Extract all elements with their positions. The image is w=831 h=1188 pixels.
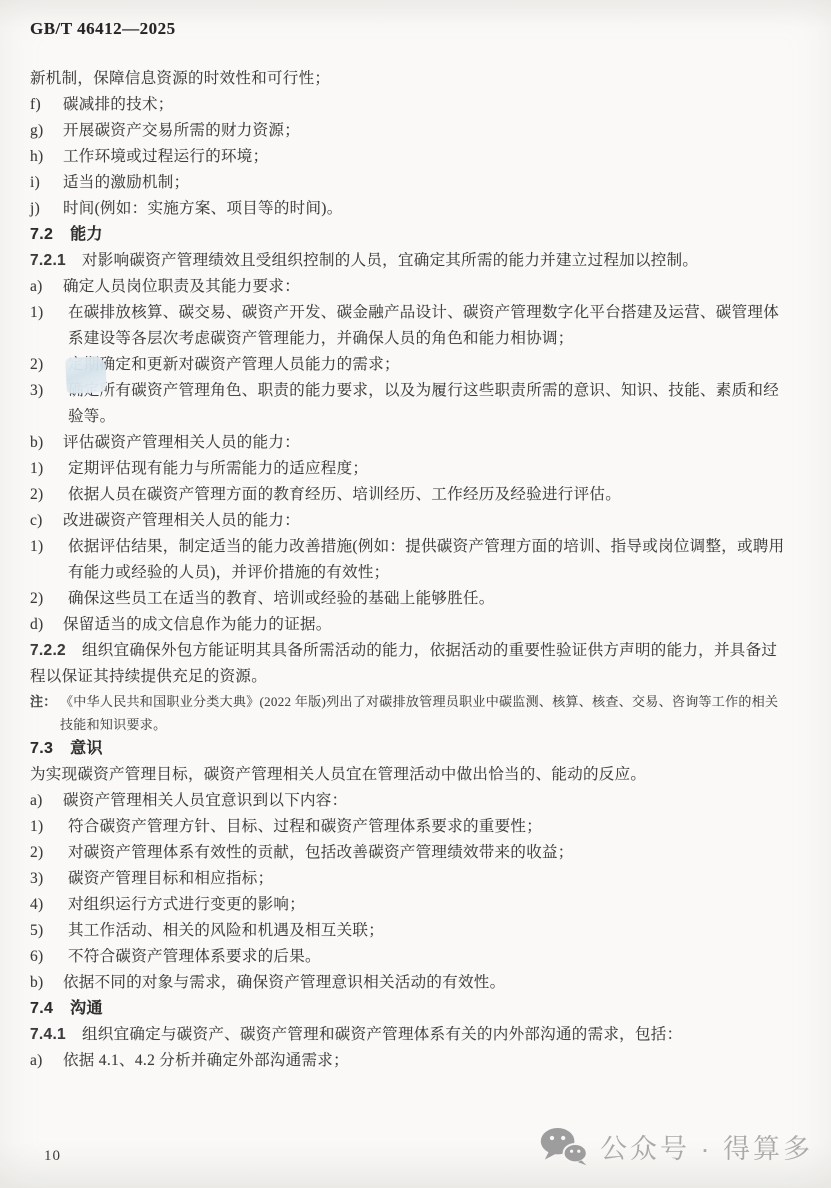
list-item-alpha: a)碳资产管理相关人员宜意识到以下内容： bbox=[30, 788, 791, 814]
line-text: 组织宜确定与碳资产、碳资产管理和碳资产管理体系有关的内外部沟通的需求，包括： bbox=[82, 1026, 682, 1043]
list-marker: 1) bbox=[30, 534, 68, 560]
line-text: 确保这些员工在适当的教育、培训或经验的基础上能够胜任。 bbox=[68, 590, 495, 607]
list-item-alpha: g)开展碳资产交易所需的财力资源； bbox=[30, 118, 791, 144]
line-text: 其工作活动、相关的风险和机遇及相互关联； bbox=[68, 922, 384, 939]
list-marker: g) bbox=[30, 118, 63, 144]
list-marker: d) bbox=[30, 612, 63, 638]
list-item-alpha: c)改进碳资产管理相关人员的能力： bbox=[30, 508, 791, 534]
watermark-text: 公众号 · 得算多 bbox=[600, 1127, 813, 1166]
list-marker: 2) bbox=[30, 352, 68, 378]
list-item-alpha: a)确定人员岗位职责及其能力要求： bbox=[30, 274, 791, 300]
continuation-line: 新机制，保障信息资源的时效性和可行性； bbox=[30, 66, 791, 92]
line-text: 在碳排放核算、碳交易、碳资产开发、碳金融产品设计、碳资产管理数字化平台搭建及运营… bbox=[68, 304, 779, 347]
list-marker: 2) bbox=[30, 586, 68, 612]
line-text: 对组织运行方式进行变更的影响； bbox=[68, 896, 305, 913]
line-text: 时间(例如：实施方案、项目等的时间)。 bbox=[63, 200, 343, 217]
list-marker: 3) bbox=[30, 378, 68, 404]
list-item-num: 2)依据人员在碳资产管理方面的教育经历、培训经历、工作经历及经验进行评估。 bbox=[30, 482, 791, 508]
note: 注：《中华人民共和国职业分类大典》(2022 年版)列出了对碳排放管理员职业中碳… bbox=[30, 690, 791, 736]
line-text: 对碳资产管理体系有效性的贡献，包括改善碳资产管理绩效带来的收益； bbox=[68, 844, 574, 861]
line-text: 确定所有碳资产管理角色、职责的能力要求，以及为履行这些职责所需的意识、知识、技能… bbox=[68, 382, 779, 425]
line-text: 新机制，保障信息资源的时效性和可行性； bbox=[30, 70, 330, 87]
list-marker: c) bbox=[30, 508, 63, 534]
list-item-num: 3)碳资产管理目标和相应指标； bbox=[30, 866, 791, 892]
line-text: 碳资产管理相关人员宜意识到以下内容： bbox=[63, 792, 347, 809]
paragraph-number: 7.4.1 bbox=[30, 1022, 66, 1048]
list-marker: a) bbox=[30, 274, 63, 300]
list-marker: j) bbox=[30, 196, 63, 222]
paragraph: 为实现碳资产管理目标，碳资产管理相关人员宜在管理活动中做出恰当的、能动的反应。 bbox=[30, 762, 791, 788]
list-marker: f) bbox=[30, 92, 63, 118]
list-marker: a) bbox=[30, 1048, 63, 1074]
list-item-alpha: f)碳减排的技术； bbox=[30, 92, 791, 118]
line-text: 依据 4.1、4.2 分析并确定外部沟通需求； bbox=[63, 1052, 349, 1069]
list-item-num: 2)定期确定和更新对碳资产管理人员能力的需求； bbox=[30, 352, 791, 378]
paragraph-number: 7.2.2 bbox=[30, 638, 66, 664]
numbered-paragraph: 7.2.2组织宜确保外包方能证明其具备所需活动的能力，依据活动的重要性验证供方声… bbox=[30, 638, 791, 690]
line-text: 评估碳资产管理相关人员的能力： bbox=[63, 434, 300, 451]
page-number: 10 bbox=[44, 1148, 61, 1165]
list-item-alpha: i)适当的激励机制； bbox=[30, 170, 791, 196]
watermark: 公众号 · 得算多 bbox=[540, 1126, 813, 1166]
list-marker: 6) bbox=[30, 944, 68, 970]
section-heading: 7.3意识 bbox=[30, 736, 791, 762]
list-marker: h) bbox=[30, 144, 63, 170]
section-number: 7.3 bbox=[30, 736, 53, 762]
line-text: 定期确定和更新对碳资产管理人员能力的需求； bbox=[68, 356, 400, 373]
list-marker: 1) bbox=[30, 300, 68, 326]
section-heading: 7.2能力 bbox=[30, 222, 791, 248]
list-item-alpha: j)时间(例如：实施方案、项目等的时间)。 bbox=[30, 196, 791, 222]
list-item-alpha: b)评估碳资产管理相关人员的能力： bbox=[30, 430, 791, 456]
list-marker: 2) bbox=[30, 840, 68, 866]
list-item-num: 1)符合碳资产管理方针、目标、过程和碳资产管理体系要求的重要性； bbox=[30, 814, 791, 840]
line-text: 适当的激励机制； bbox=[63, 174, 189, 191]
line-text: 碳资产管理目标和相应指标； bbox=[68, 870, 273, 887]
list-item-num: 2)对碳资产管理体系有效性的贡献，包括改善碳资产管理绩效带来的收益； bbox=[30, 840, 791, 866]
line-text: 能力 bbox=[70, 226, 103, 243]
numbered-paragraph: 7.2.1对影响碳资产管理绩效且受组织控制的人员，宜确定其所需的能力并建立过程加… bbox=[30, 248, 791, 274]
line-text: 不符合碳资产管理体系要求的后果。 bbox=[68, 948, 321, 965]
line-text: 沟通 bbox=[70, 1000, 103, 1017]
line-text: 《中华人民共和国职业分类大典》(2022 年版)列出了对碳排放管理员职业中碳监测… bbox=[60, 694, 778, 732]
list-item-num: 1)定期评估现有能力与所需能力的适应程度； bbox=[30, 456, 791, 482]
standard-number-header: GB/T 46412—2025 bbox=[30, 16, 791, 42]
list-marker: 2) bbox=[30, 482, 68, 508]
list-marker: 3) bbox=[30, 866, 68, 892]
list-item-num: 4)对组织运行方式进行变更的影响； bbox=[30, 892, 791, 918]
list-item-alpha: h)工作环境或过程运行的环境； bbox=[30, 144, 791, 170]
line-text: 为实现碳资产管理目标，碳资产管理相关人员宜在管理活动中做出恰当的、能动的反应。 bbox=[30, 766, 646, 783]
numbered-paragraph: 7.4.1组织宜确定与碳资产、碳资产管理和碳资产管理体系有关的内外部沟通的需求，… bbox=[30, 1022, 791, 1048]
line-text: 保留适当的成文信息作为能力的证据。 bbox=[63, 616, 332, 633]
list-marker: 1) bbox=[30, 456, 68, 482]
list-marker: b) bbox=[30, 970, 63, 996]
document-page: GB/T 46412—2025 新机制，保障信息资源的时效性和可行性；f)碳减排… bbox=[0, 0, 831, 1188]
list-item-num: 3)确定所有碳资产管理角色、职责的能力要求，以及为履行这些职责所需的意识、知识、… bbox=[30, 378, 791, 430]
list-marker: 1) bbox=[30, 814, 68, 840]
line-text: 意识 bbox=[70, 740, 103, 757]
list-item-alpha: d)保留适当的成文信息作为能力的证据。 bbox=[30, 612, 791, 638]
line-text: 开展碳资产交易所需的财力资源； bbox=[63, 122, 300, 139]
line-text: 依据不同的对象与需求，确保资产管理意识相关活动的有效性。 bbox=[63, 974, 505, 991]
list-item-num: 1)依据评估结果，制定适当的能力改善措施(例如：提供碳资产管理方面的培训、指导或… bbox=[30, 534, 791, 586]
section-number: 7.4 bbox=[30, 996, 53, 1022]
list-marker: b) bbox=[30, 430, 63, 456]
list-marker: 4) bbox=[30, 892, 68, 918]
list-item-num: 6)不符合碳资产管理体系要求的后果。 bbox=[30, 944, 791, 970]
list-item-num: 5)其工作活动、相关的风险和机遇及相互关联； bbox=[30, 918, 791, 944]
list-item-num: 2)确保这些员工在适当的教育、培训或经验的基础上能够胜任。 bbox=[30, 586, 791, 612]
list-item-num: 1)在碳排放核算、碳交易、碳资产开发、碳金融产品设计、碳资产管理数字化平台搭建及… bbox=[30, 300, 791, 352]
wechat-icon bbox=[540, 1126, 588, 1166]
line-text: 确定人员岗位职责及其能力要求： bbox=[63, 278, 300, 295]
line-text: 组织宜确保外包方能证明其具备所需活动的能力，依据活动的重要性验证供方声明的能力，… bbox=[30, 642, 777, 685]
section-number: 7.2 bbox=[30, 222, 53, 248]
list-marker: a) bbox=[30, 788, 63, 814]
line-text: 工作环境或过程运行的环境； bbox=[63, 148, 268, 165]
doc-content: 新机制，保障信息资源的时效性和可行性；f)碳减排的技术；g)开展碳资产交易所需的… bbox=[30, 66, 791, 1074]
line-text: 改进碳资产管理相关人员的能力： bbox=[63, 512, 300, 529]
line-text: 定期评估现有能力与所需能力的适应程度； bbox=[68, 460, 368, 477]
line-text: 碳减排的技术； bbox=[63, 96, 174, 113]
line-text: 依据评估结果，制定适当的能力改善措施(例如：提供碳资产管理方面的培训、指导或岗位… bbox=[68, 538, 784, 581]
list-item-alpha: a)依据 4.1、4.2 分析并确定外部沟通需求； bbox=[30, 1048, 791, 1074]
list-marker: i) bbox=[30, 170, 63, 196]
line-text: 依据人员在碳资产管理方面的教育经历、培训经历、工作经历及经验进行评估。 bbox=[68, 486, 621, 503]
note-label: 注： bbox=[30, 690, 60, 713]
section-heading: 7.4沟通 bbox=[30, 996, 791, 1022]
list-marker: 5) bbox=[30, 918, 68, 944]
scan-smudge-artifact bbox=[65, 356, 107, 394]
line-text: 对影响碳资产管理绩效且受组织控制的人员，宜确定其所需的能力并建立过程加以控制。 bbox=[82, 252, 698, 269]
list-item-alpha: b)依据不同的对象与需求，确保资产管理意识相关活动的有效性。 bbox=[30, 970, 791, 996]
line-text: 符合碳资产管理方针、目标、过程和碳资产管理体系要求的重要性； bbox=[68, 818, 542, 835]
paragraph-number: 7.2.1 bbox=[30, 248, 66, 274]
